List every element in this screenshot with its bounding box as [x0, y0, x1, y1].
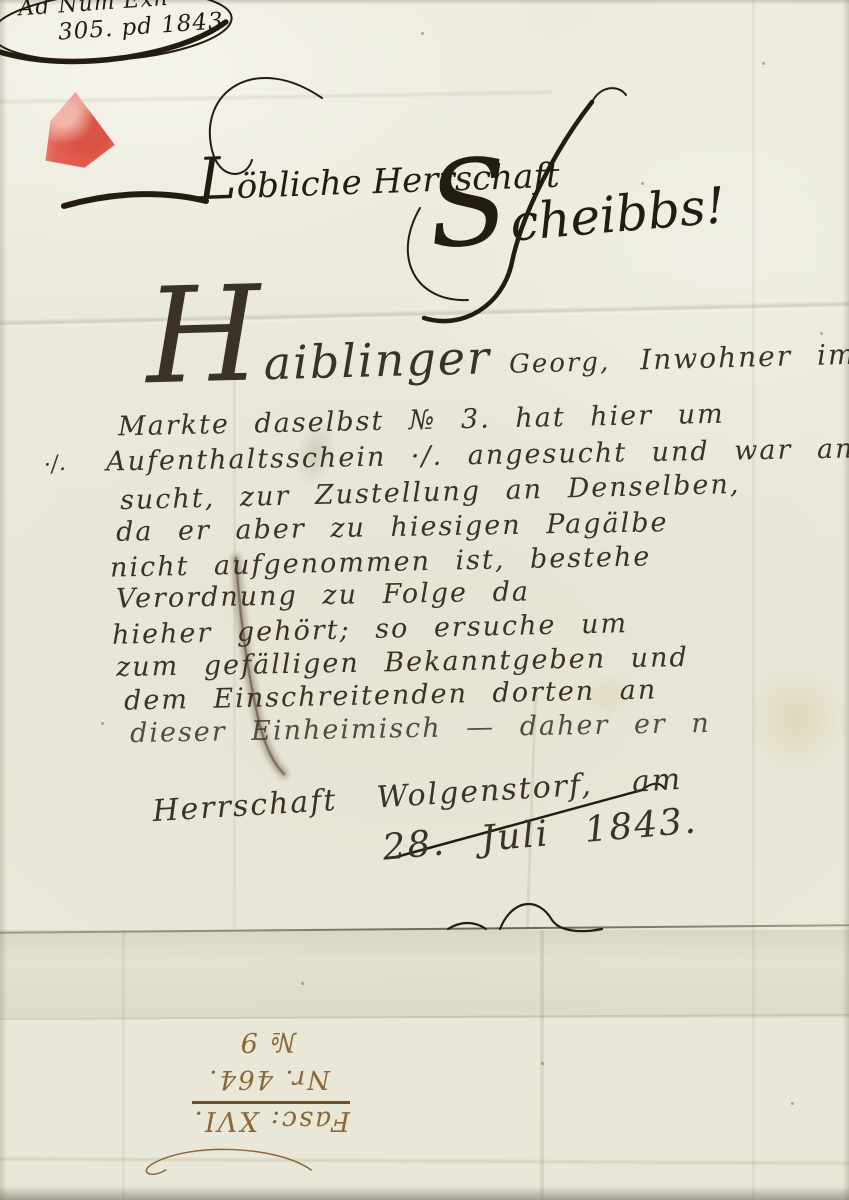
- margin-reference-mark: ·/.: [42, 451, 67, 479]
- salutation-line2: Scheibbs!: [425, 145, 728, 259]
- paper-edge-left: [0, 0, 7, 1200]
- fold-band: [0, 930, 849, 1018]
- verso-item-number: № 9: [80, 1026, 296, 1057]
- registry-note: Ad Num Exh 305. pd 1843: [0, 0, 238, 77]
- body-line: nicht aufgenommen ist, bestehe: [110, 541, 652, 583]
- fold-crease-vertical-5: [752, 0, 755, 1200]
- paper-stain: [745, 662, 849, 774]
- letter-sheet: Ad Num Exh 305. pd 1843 Löbliche Herrsch…: [0, 0, 849, 1200]
- verso-document-number: Nr. 464.: [80, 1064, 330, 1094]
- verso-fascicle-number: Fasc: XVI.: [192, 1101, 350, 1136]
- addressee-forename: Georg,: [509, 347, 611, 380]
- body-line: Verordnung zu Folge da: [116, 576, 530, 614]
- wax-seal-remnant: [42, 90, 116, 170]
- paper-edge-right: [842, 0, 849, 1200]
- archival-paraph-flourish: [100, 1143, 350, 1176]
- fold-crease-band-bottom: [0, 1014, 849, 1020]
- body-line-first: Haiblinger Georg, Inwohner im: [145, 283, 849, 394]
- body-line-first-rest: Inwohner im: [640, 338, 849, 377]
- signature-flourish: [448, 923, 486, 929]
- verso-archival-notes: Fasc: XVI. Nr. 464. № 9: [80, 1026, 350, 1176]
- fold-crease-vertical-3: [540, 930, 544, 1200]
- paper-edge-bottom: [0, 1186, 849, 1200]
- addressee-name: Haiblinger: [145, 292, 492, 393]
- fold-line-main: [0, 924, 849, 933]
